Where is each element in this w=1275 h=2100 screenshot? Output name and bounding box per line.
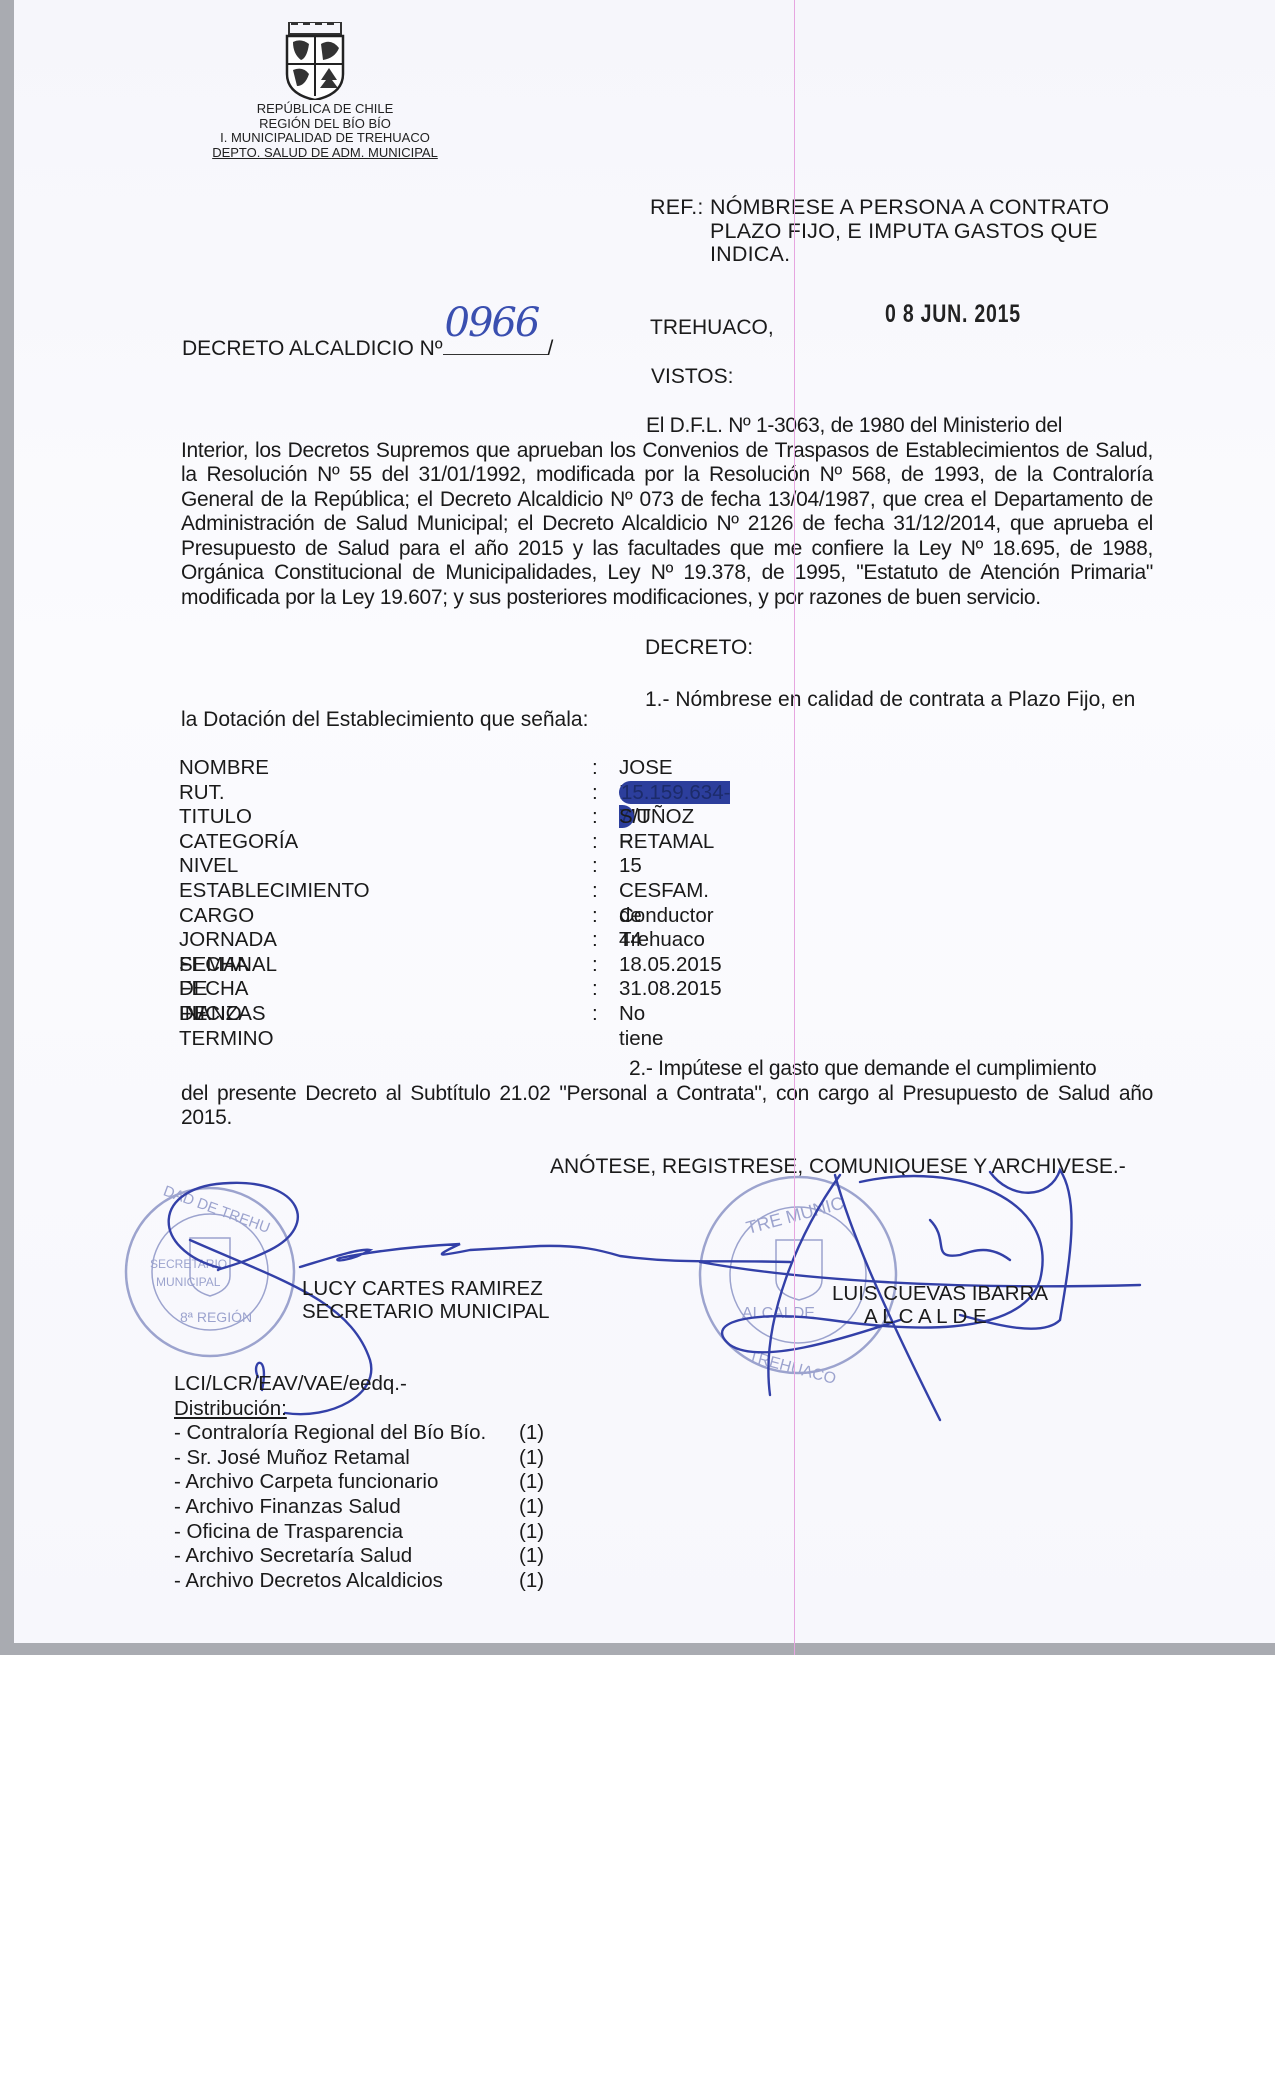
distribution-item: - Archivo Finanzas Salud(1) [174,1495,486,1520]
distribution-recipient: - Contraloría Regional del Bío Bío. [174,1421,486,1444]
distribution-count: (1) [519,1569,544,1594]
detail-label: FIANZAS [179,1002,266,1027]
closing-formula: ANÓTESE, REGISTRESE, COMUNIQUESE Y ARCHI… [550,1155,1126,1179]
date-stamp: 0 8 JUN. 2015 [885,300,1021,329]
detail-value: 15 [619,854,642,879]
detail-value: S/T [619,805,651,830]
detail-value: 31.08.2015 [619,977,722,1002]
decree-number-field: 0966 [443,334,548,355]
distribution-heading: Distribución: [174,1397,486,1422]
distribution-recipient: - Archivo Finanzas Salud [174,1495,401,1518]
detail-label: CATEGORÍA [179,830,298,855]
detail-label: CARGO [179,904,254,929]
item2-rest: del presente Decreto al Subtítulo 21.02 … [181,1082,1153,1130]
secretary-block: LUCY CARTES RAMIREZ SECRETARIO MUNICIPAL [302,1277,550,1323]
reference-line: INDICA. [650,243,1109,267]
detail-separator: : [592,830,598,855]
detail-separator: : [592,781,598,806]
detail-separator: : [592,928,598,953]
mayor-block: LUIS CUEVAS IBARRA A L C A L D E [832,1282,1048,1328]
decreto-heading: DECRETO: [645,636,753,660]
detail-separator: : [592,854,598,879]
letterhead-line: REGIÓN DEL BÍO BÍO [150,117,500,132]
detail-value: F [619,830,632,855]
distribution-count: (1) [519,1421,544,1446]
detail-separator: : [592,805,598,830]
letterhead-line: I. MUNICIPALIDAD DE TREHUACO [150,131,500,146]
detail-separator: : [592,879,598,904]
distribution-item: - Archivo Secretaría Salud(1) [174,1544,486,1569]
mayor-title: A L C A L D E [832,1305,1048,1328]
secretary-name: LUCY CARTES RAMIREZ [302,1277,550,1300]
decree-title: DECRETO ALCALDICIO Nº [182,337,443,360]
reference-line: NÓMBRESE A PERSONA A CONTRATO [710,195,1109,219]
detail-value-text: No tiene [619,1002,663,1050]
distribution-recipient: - Sr. José Muñoz Retamal [174,1446,410,1469]
distribution-count: (1) [519,1446,544,1471]
reference-label: REF.: [650,196,710,220]
vistos-first-line: El D.F.L. Nº 1-3063, de 1980 del Ministe… [181,414,1153,439]
distribution-count: (1) [519,1495,544,1520]
item2-first-line: 2.- Impútese el gasto que demande el cum… [181,1057,1153,1082]
decree-suffix: / [548,337,554,360]
vistos-heading: VISTOS: [651,365,733,389]
reference-block: REF.:NÓMBRESE A PERSONA A CONTRATO PLAZO… [650,196,1109,267]
vistos-body: Interior, los Decretos Supremos que apru… [181,439,1153,609]
distribution-count: (1) [519,1544,544,1569]
letterhead: REPÚBLICA DE CHILE REGIÓN DEL BÍO BÍO I.… [150,102,500,160]
detail-value: 44 [619,928,642,953]
detail-label: ESTABLECIMIENTO [179,879,370,904]
reference-line: PLAZO FIJO, E IMPUTA GASTOS QUE [650,220,1109,244]
detail-value-text: Conductor [619,904,714,927]
detail-value-text: 31.08.2015 [619,977,722,1000]
detail-separator: : [592,756,598,781]
detail-separator: : [592,977,598,1002]
place: TREHUACO, [650,316,774,340]
mayor-name: LUIS CUEVAS IBARRA [832,1282,1048,1305]
distribution-recipient: - Archivo Carpeta funcionario [174,1470,438,1493]
detail-value-text: 18.05.2015 [619,953,722,976]
initials: LCI/LCR/EAV/VAE/eedq.- [174,1372,486,1397]
distribution-block: LCI/LCR/EAV/VAE/eedq.- Distribución: - C… [174,1372,486,1593]
distribution-count: (1) [519,1470,544,1495]
fold-line [794,0,795,1655]
distribution-item: - Sr. José Muñoz Retamal(1) [174,1446,486,1471]
item1-rest: la Dotación del Establecimiento que seña… [181,708,588,732]
vistos-paragraph: El D.F.L. Nº 1-3063, de 1980 del Ministe… [181,414,1153,610]
distribution-recipient: - Archivo Decretos Alcaldicios [174,1569,443,1592]
coat-of-arms-icon [281,22,349,100]
item1-first-line: 1.- Nómbrese en calidad de contrata a Pl… [645,688,1135,712]
detail-separator: : [592,904,598,929]
distribution-count: (1) [519,1520,544,1545]
detail-value-text: F [619,830,632,853]
detail-value-text: 15 [619,854,642,877]
letterhead-line: DEPTO. SALUD DE ADM. MUNICIPAL [150,146,500,161]
distribution-item: - Contraloría Regional del Bío Bío.(1) [174,1421,486,1446]
detail-label: TITULO [179,805,252,830]
distribution-item: - Archivo Decretos Alcaldicios(1) [174,1569,486,1594]
detail-value: Conductor [619,904,714,929]
detail-value-text: S/T [619,805,651,828]
distribution-recipient: - Oficina de Trasparencia [174,1520,403,1543]
decree-number-line: DECRETO ALCALDICIO Nº0966/ [182,334,553,361]
detail-separator: : [592,1002,598,1027]
detail-label: RUT. [179,781,225,806]
distribution-item: - Oficina de Trasparencia(1) [174,1520,486,1545]
decree-number-handwritten: 0966 [445,300,539,346]
item2-paragraph: 2.- Impútese el gasto que demande el cum… [181,1057,1153,1131]
detail-value: No tiene [619,1002,663,1051]
distribution-recipient: - Archivo Secretaría Salud [174,1544,412,1567]
distribution-item: - Archivo Carpeta funcionario(1) [174,1470,486,1495]
detail-label: NIVEL [179,854,238,879]
detail-separator: : [592,953,598,978]
secretary-title: SECRETARIO MUNICIPAL [302,1300,550,1323]
letterhead-line: REPÚBLICA DE CHILE [150,102,500,117]
detail-value: 18.05.2015 [619,953,722,978]
detail-label: NOMBRE [179,756,269,781]
detail-value-text: 44 [619,928,642,951]
